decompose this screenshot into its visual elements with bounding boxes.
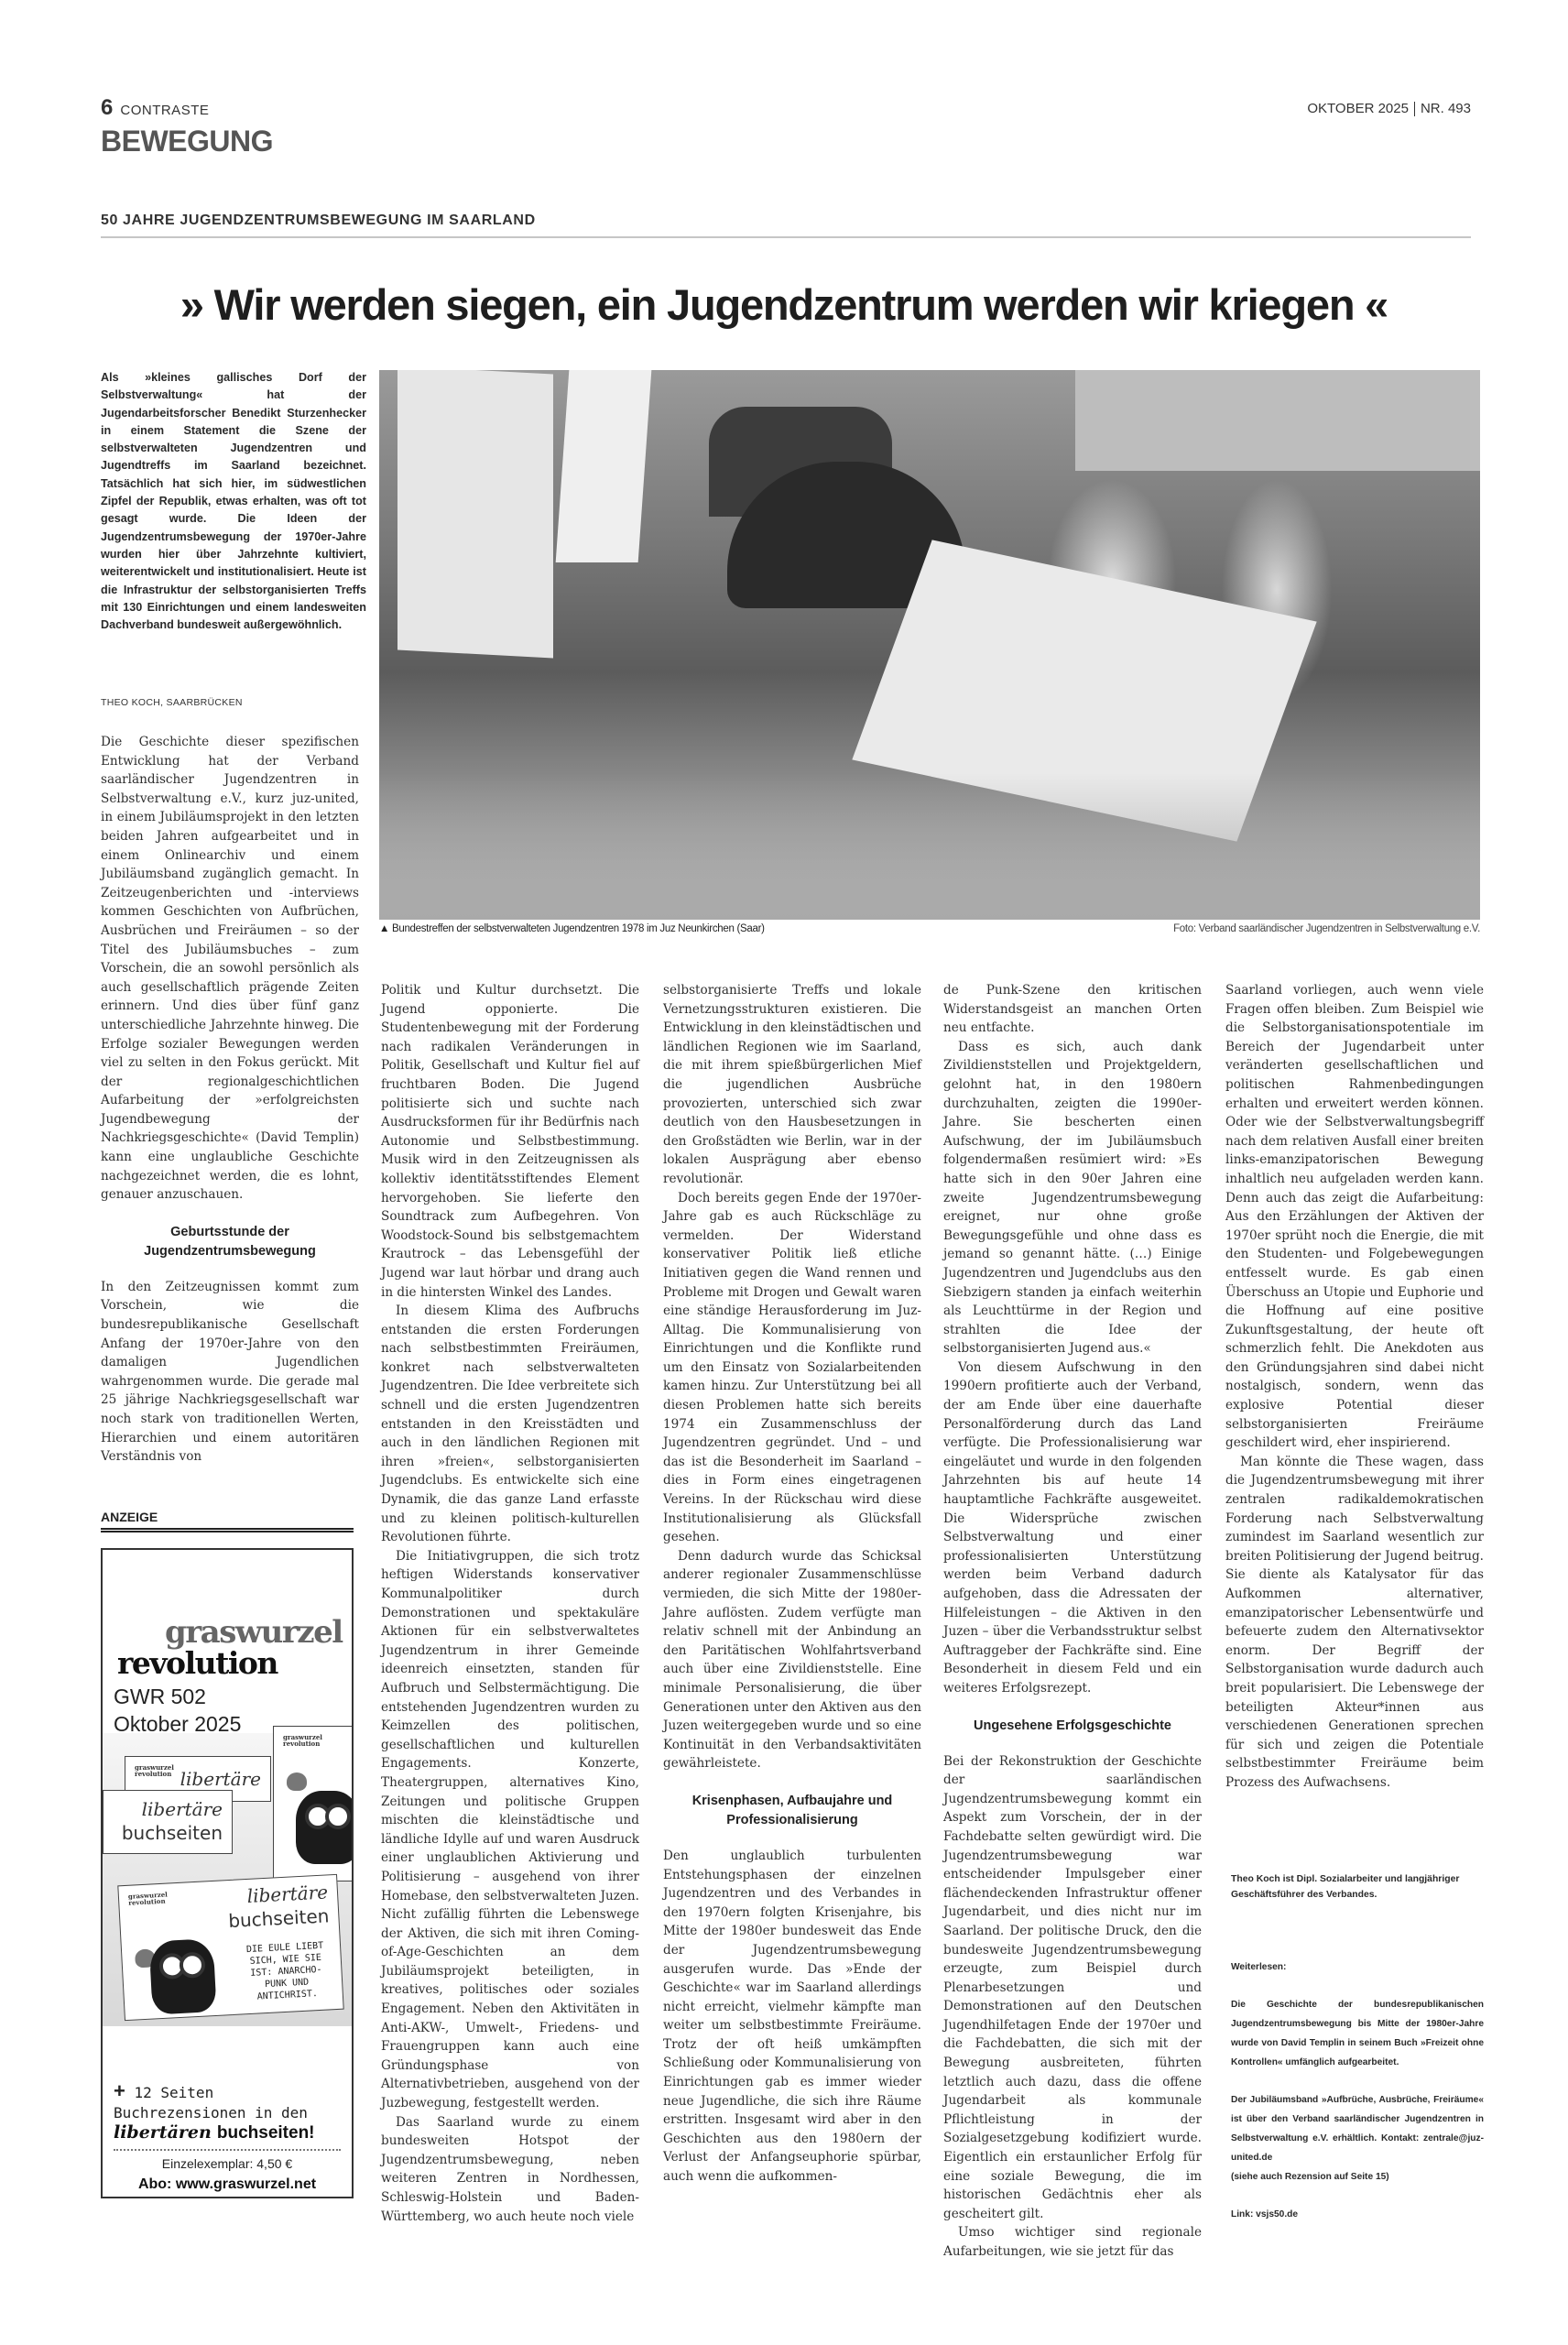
plus-icon: + xyxy=(114,2079,125,2102)
page-number: 6 xyxy=(101,95,113,121)
paragraph: Saarland vorliegen, auch wenn viele Frag… xyxy=(1225,981,1484,1453)
paragraph: de Punk-Szene den kritischen Widerstands… xyxy=(943,981,1202,1038)
ad-promo: + 12 Seiten Buchrezensionen in den xyxy=(114,2081,308,2123)
further-reading-item: Die Geschichte der bundesrepublikanische… xyxy=(1231,1995,1484,2072)
subheading: Ungesehene Erfolgsgeschichte xyxy=(943,1717,1202,1736)
ad-issue: GWR 502 Oktober 2025 xyxy=(114,1683,241,1738)
divider xyxy=(1414,102,1415,116)
cover-title: libertäre xyxy=(142,1798,223,1820)
article-headline: » Wir werden siegen, ein Jugendzentrum w… xyxy=(0,279,1568,330)
mini-logo: graswurzelrevolution xyxy=(135,1764,174,1777)
further-reading-link[interactable]: Link: vsjs50.de xyxy=(1231,2205,1484,2224)
ad-issue-number: GWR 502 xyxy=(114,1683,241,1710)
paragraph: Umso wichtiger sind regionale Aufarbeitu… xyxy=(943,2223,1202,2261)
photo-building xyxy=(1075,370,1480,471)
paragraph: Die Geschichte dieser spezifischen Entwi… xyxy=(101,733,359,1205)
further-reading-item: Der Jubiläumsband »Aufbrüche, Ausbrüche,… xyxy=(1231,2090,1484,2167)
cover-title: buchseiten xyxy=(228,1904,330,1932)
issue-number: NR. 493 xyxy=(1421,101,1471,116)
article-column-5: Saarland vorliegen, auch wenn viele Frag… xyxy=(1225,981,1484,1793)
paragraph: Bei der Rekonstruktion der Geschichte de… xyxy=(943,1752,1202,2224)
ad-cover-sheet: graswurzelrevolution xyxy=(273,1726,354,1881)
ad-label: ANZEIGE xyxy=(101,1510,158,1524)
issue-date: OKTOBER 2025 xyxy=(1307,101,1409,116)
paragraph: Man könnte die These wagen, dass die Jug… xyxy=(1225,1453,1484,1793)
ad-logo-line2: revolution xyxy=(117,1645,278,1681)
promo-italic: libertären xyxy=(114,2122,212,2143)
article-photo xyxy=(379,370,1480,920)
publication-name: CONTRASTE xyxy=(120,103,209,118)
ad-cover-sheet-main: graswurzelrevolution libertäre buchseite… xyxy=(117,1874,343,2021)
ad-price: Einzelexemplar: 4,50 € xyxy=(103,2156,352,2171)
promo-line: 12 Seiten xyxy=(135,2084,214,2101)
page-header: 6 CONTRASTE xyxy=(101,95,209,121)
paragraph: Das Saarland wurde zu einem bundesweiten… xyxy=(381,2113,639,2227)
photo-banner xyxy=(397,370,553,658)
divider xyxy=(114,2149,341,2151)
advertisement[interactable]: graswurzel revolution GWR 502 Oktober 20… xyxy=(101,1548,354,2198)
article-lead: Als »kleines gallisches Dorf der Selbstv… xyxy=(101,369,366,634)
promo-line: Buchrezensionen in den xyxy=(114,2104,308,2121)
article-column-4: de Punk-Szene den kritischen Widerstands… xyxy=(943,981,1202,2262)
ad-promo-title: libertären buchseiten! xyxy=(114,2122,315,2143)
owl-illustration xyxy=(149,1938,217,2015)
further-reading-label: Weiterlesen: xyxy=(1231,1958,1484,1977)
issue-info: OKTOBER 2025 NR. 493 xyxy=(1307,101,1471,116)
article-column-1: Die Geschichte dieser spezifischen Entwi… xyxy=(101,733,359,1467)
paragraph: In den Zeitzeugnissen kommt zum Vorschei… xyxy=(101,1278,359,1467)
subheading: Geburtsstunde der Jugendzentrumsbewegung xyxy=(101,1223,359,1261)
photo-grass xyxy=(379,773,1480,920)
byline: THEO KOCH, SAARBRÜCKEN xyxy=(101,697,243,708)
ad-cover-sheet: libertäre buchseiten xyxy=(103,1790,233,1854)
author-bio: Theo Koch ist Dipl. Sozialarbeiter und l… xyxy=(1231,1871,1484,1903)
photo-credit: Foto: Verband saarländischer Jugendzentr… xyxy=(1173,923,1480,934)
cover-title: libertäre xyxy=(246,1881,328,1907)
section-title: BEWEGUNG xyxy=(101,125,273,158)
article-kicker: 50 JAHRE JUGENDZENTRUMSBEWEGUNG IM SAARL… xyxy=(101,213,536,229)
paragraph: Von diesem Aufschwung in den 1990ern pro… xyxy=(943,1358,1202,1698)
further-reading-note: (siehe auch Rezension auf Seite 15) xyxy=(1231,2167,1484,2187)
paragraph: Denn dadurch wurde das Schicksal anderer… xyxy=(663,1547,921,1773)
paragraph: selbstorganisierte Treffs und lokale Ver… xyxy=(663,981,921,1189)
mini-logo: graswurzelrevolution xyxy=(283,1734,322,1747)
photo-caption: ▲ Bundestreffen der selbstverwalteten Ju… xyxy=(379,923,765,934)
owl-quote: DIE EULE LIEBT SICH, WIE SIE IST: ANARCH… xyxy=(239,1939,333,2003)
further-reading: Weiterlesen: Die Geschichte der bundesre… xyxy=(1231,1958,1484,2242)
divider xyxy=(101,236,1471,238)
ad-subscription-link[interactable]: Abo: www.graswurzel.net xyxy=(103,2176,352,2193)
paragraph: In diesem Klima des Aufbruchs entstanden… xyxy=(381,1302,639,1547)
paragraph: Dass es sich, auch dank Zivildienststell… xyxy=(943,1038,1202,1358)
mini-logo: graswurzelrevolution xyxy=(128,1892,169,1906)
paragraph: Den unglaublich turbulenten Entstehungsp… xyxy=(663,1847,921,2187)
owl-illustration xyxy=(296,1791,354,1864)
article-column-3: selbstorganisierte Treffs und lokale Ver… xyxy=(663,981,921,2187)
balloon-icon xyxy=(287,1772,307,1791)
paragraph: Die Initiativgruppen, die sich trotz hef… xyxy=(381,1547,639,2113)
article-column-2: Politik und Kultur durchsetzt. Die Jugen… xyxy=(381,981,639,2226)
paragraph: Politik und Kultur durchsetzt. Die Jugen… xyxy=(381,981,639,1302)
cover-title: buchseiten xyxy=(122,1822,223,1844)
cover-title: libertäre xyxy=(180,1768,261,1790)
subheading: Krisenphasen, Aufbaujahre und Profession… xyxy=(663,1792,921,1830)
promo-bold: buchseiten! xyxy=(217,2123,315,2143)
ad-cover-collage: graswurzelrevolution libertäre graswurze… xyxy=(103,1733,354,2026)
photo-banner xyxy=(556,370,652,562)
divider xyxy=(101,1528,354,1532)
paragraph: Doch bereits gegen Ende der 1970er-Jahre… xyxy=(663,1189,921,1547)
